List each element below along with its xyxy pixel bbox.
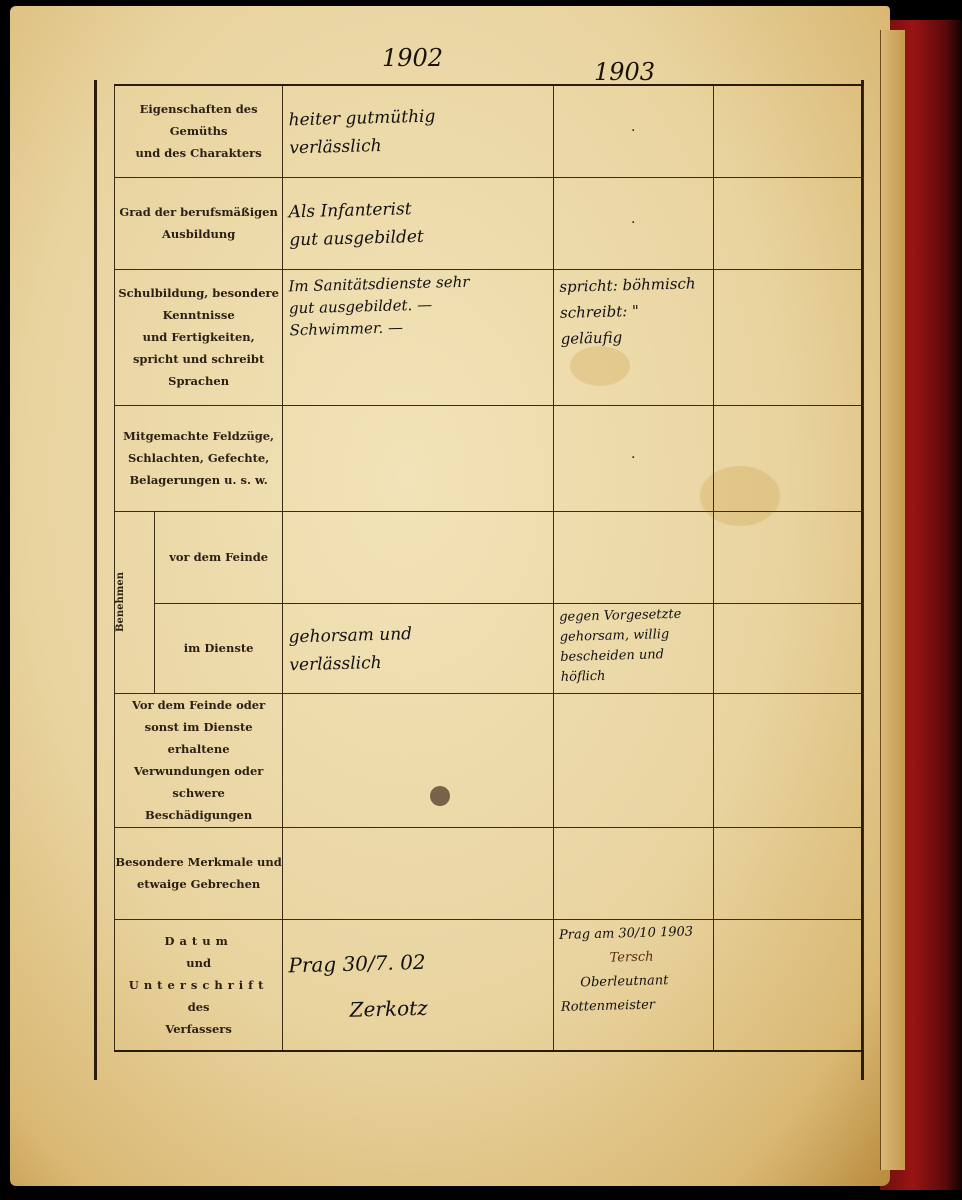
- cell-extra: [713, 177, 863, 269]
- record-table: Eigenschaften des Gemüthsund des Charakt…: [114, 84, 864, 1052]
- cell-extra: [713, 919, 863, 1051]
- table-row: Vor dem Feinde odersonst im Dienste erha…: [115, 693, 864, 827]
- cell-1903: ·: [553, 177, 713, 269]
- row-label: im Dienste: [155, 603, 283, 693]
- cell-1903: ·: [553, 405, 713, 511]
- page-edge: [880, 30, 905, 1170]
- cell-extra: [713, 85, 863, 177]
- row-label: vor dem Feinde: [155, 511, 283, 603]
- table-row: Grad der berufsmäßigenAusbildung Als Inf…: [115, 177, 864, 269]
- cell-1903: gegen Vorgesetztegehorsam, willigbeschei…: [553, 603, 713, 693]
- row-label: Mitgemachte Feldzüge,Schlachten, Gefecht…: [115, 405, 283, 511]
- cell-1902: Prag 30/7. 02Zerkotz: [283, 919, 553, 1051]
- cell-1902: [283, 827, 553, 919]
- signature-1903-a: Tersch: [559, 944, 707, 972]
- signature-1903-b: Oberleutnant: [560, 968, 708, 996]
- cell-1902: [283, 405, 553, 511]
- row-label: Grad der berufsmäßigenAusbildung: [115, 177, 283, 269]
- cell-1902: Im Sanitätsdienste sehrgut ausgebildet. …: [283, 269, 553, 405]
- row-label: Vor dem Feinde odersonst im Dienste erha…: [115, 693, 283, 827]
- cell-1903: spricht: böhmischschreibt: "geläufig: [553, 269, 713, 405]
- cell-1903: [553, 827, 713, 919]
- signature-1902: Zerkotz: [289, 981, 547, 1034]
- signature-1903-c: Rottenmeister: [560, 992, 708, 1020]
- table-row: Mitgemachte Feldzüge,Schlachten, Gefecht…: [115, 405, 864, 511]
- cell-1903: Prag am 30/10 1903TerschOberleutnantRott…: [553, 919, 713, 1051]
- cell-extra: [713, 693, 863, 827]
- table-row: im Dienste gehorsam undverlässlich gegen…: [115, 603, 864, 693]
- table-row: Benehmen vor dem Feinde: [115, 511, 864, 603]
- table-row: Schulbildung, besondereKenntnisseund Fer…: [115, 269, 864, 405]
- cell-1902: [283, 511, 553, 603]
- row-label: Besondere Merkmale undetwaige Gebrechen: [115, 827, 283, 919]
- cell-1902: heiter gutmüthigverlässlich: [283, 85, 553, 177]
- table-row: Besondere Merkmale undetwaige Gebrechen: [115, 827, 864, 919]
- table-row: DatumundUnterschriftdesVerfassers Prag 3…: [115, 919, 864, 1051]
- cell-1902: gehorsam undverlässlich: [283, 603, 553, 693]
- date-1902: Prag 30/7. 02: [288, 935, 546, 988]
- cell-1902: Als Infanteristgut ausgebildet: [283, 177, 553, 269]
- year-header-1902: 1902: [382, 44, 443, 72]
- cell-extra: [713, 603, 863, 693]
- group-label: Benehmen: [115, 572, 126, 632]
- cell-extra: [713, 827, 863, 919]
- cell-1903: ·: [553, 85, 713, 177]
- cell-extra: [713, 405, 863, 511]
- row-label: Schulbildung, besondereKenntnisseund Fer…: [115, 269, 283, 405]
- group-label-cell: Benehmen: [115, 511, 155, 693]
- row-label: DatumundUnterschriftdesVerfassers: [115, 919, 283, 1051]
- cell-1903: [553, 511, 713, 603]
- table-row: Eigenschaften des Gemüthsund des Charakt…: [115, 85, 864, 177]
- row-label: Eigenschaften des Gemüthsund des Charakt…: [115, 85, 283, 177]
- cell-extra: [713, 511, 863, 603]
- cell-1902: [283, 693, 553, 827]
- cell-extra: [713, 269, 863, 405]
- cell-1903: [553, 693, 713, 827]
- date-1903: Prag am 30/10 1903: [558, 920, 706, 948]
